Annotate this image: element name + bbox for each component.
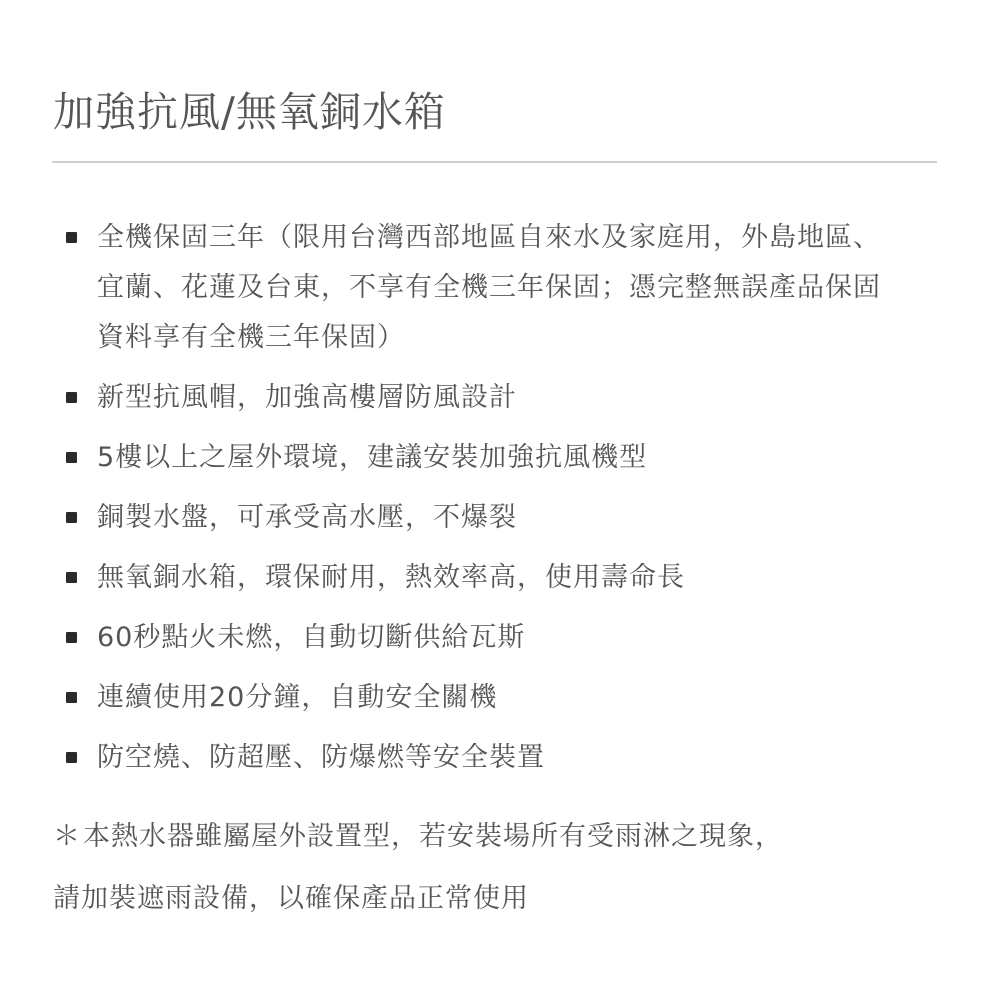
square-bullet-icon: [66, 692, 77, 703]
feature-item-copper-pan: 銅製水盤，可承受高水壓，不爆裂: [62, 493, 902, 543]
feature-item-copper-tank: 無氧銅水箱，環保耐用，熱效率高，使用壽命長: [62, 553, 902, 603]
square-bullet-icon: [66, 232, 77, 243]
feature-text: 全機保固三年（限用台灣西部地區自來水及家庭用，外島地區、宜蘭、花蓮及台東，不享有…: [97, 222, 881, 353]
feature-text: 新型抗風帽，加強高樓層防風設計: [97, 382, 517, 413]
asterisk-icon: ＊: [53, 806, 81, 868]
feature-item-ignition-cutoff: 60秒點火未燃，自動切斷供給瓦斯: [62, 613, 902, 663]
title-divider: [52, 161, 937, 163]
square-bullet-icon: [66, 632, 77, 643]
note-line-2: 請加裝遮雨設備，以確保產品正常使用: [53, 868, 933, 930]
square-bullet-icon: [66, 752, 77, 763]
square-bullet-icon: [66, 572, 77, 583]
installation-note: ＊本熱水器雖屬屋外設置型，若安裝場所有受雨淋之現象， 請加裝遮雨設備，以確保產品…: [53, 806, 933, 930]
feature-item-high-floor: 5樓以上之屋外環境，建議安裝加強抗風機型: [62, 433, 902, 483]
note-text-1: 本熱水器雖屬屋外設置型，若安裝場所有受雨淋之現象，: [83, 821, 783, 852]
feature-text: 銅製水盤，可承受高水壓，不爆裂: [97, 502, 517, 533]
feature-text: 防空燒、防超壓、防爆燃等安全裝置: [97, 742, 545, 773]
feature-item-wind-cap: 新型抗風帽，加強高樓層防風設計: [62, 373, 902, 423]
feature-text: 連續使用20分鐘，自動安全關機: [97, 682, 497, 713]
square-bullet-icon: [66, 512, 77, 523]
feature-item-safety-devices: 防空燒、防超壓、防爆燃等安全裝置: [62, 733, 902, 783]
feature-list: 全機保固三年（限用台灣西部地區自來水及家庭用，外島地區、宜蘭、花蓮及台東，不享有…: [62, 213, 902, 793]
feature-item-auto-shutoff: 連續使用20分鐘，自動安全關機: [62, 673, 902, 723]
feature-text: 5樓以上之屋外環境，建議安裝加強抗風機型: [97, 442, 647, 473]
square-bullet-icon: [66, 452, 77, 463]
feature-text: 無氧銅水箱，環保耐用，熱效率高，使用壽命長: [97, 562, 685, 593]
page-title: 加強抗風/無氧銅水箱: [53, 84, 446, 140]
note-line-1: ＊本熱水器雖屬屋外設置型，若安裝場所有受雨淋之現象，: [53, 806, 933, 868]
feature-item-warranty: 全機保固三年（限用台灣西部地區自來水及家庭用，外島地區、宜蘭、花蓮及台東，不享有…: [62, 213, 902, 363]
feature-text: 60秒點火未燃，自動切斷供給瓦斯: [97, 622, 525, 653]
square-bullet-icon: [66, 392, 77, 403]
